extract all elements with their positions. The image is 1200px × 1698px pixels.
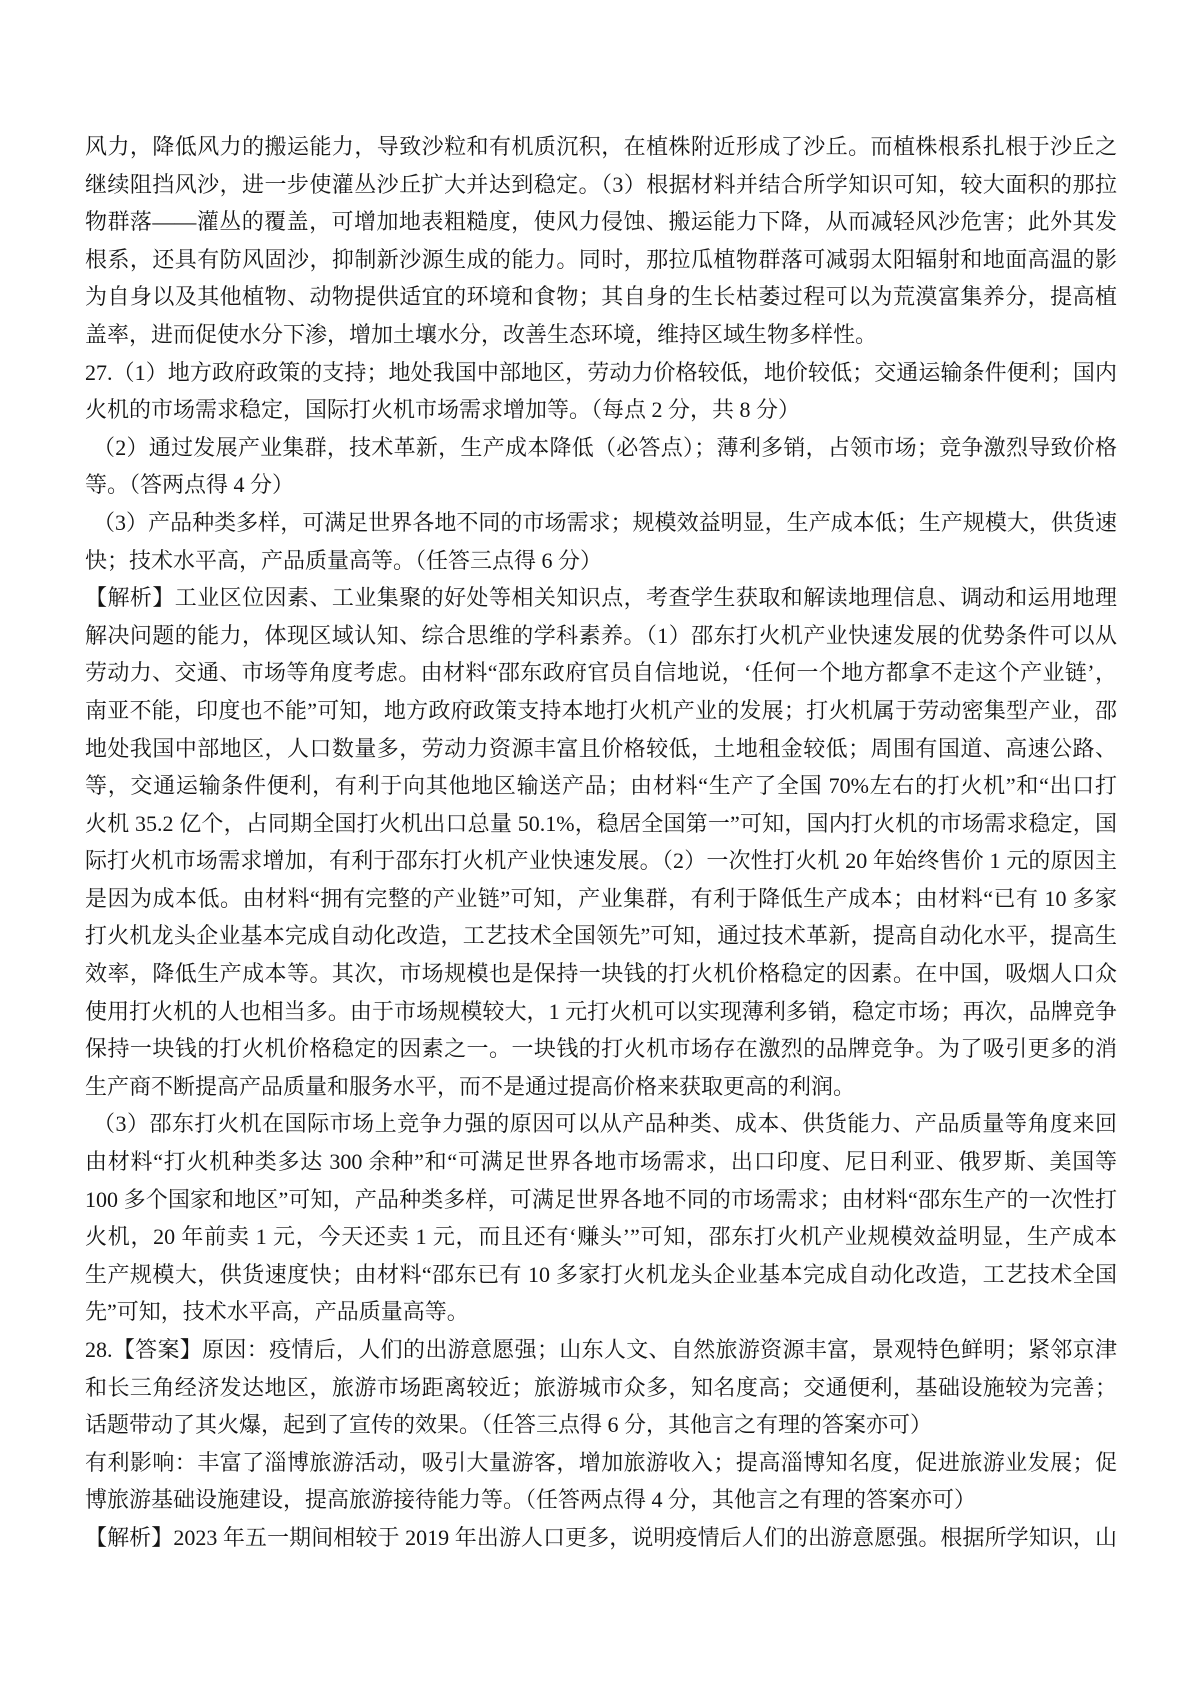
text-line: 是因为成本低。由材料“拥有完整的产业链”可知，产业集群，有利于降低生产成本；由材… xyxy=(85,880,1117,918)
text-line: 保持一块钱的打火机价格稳定的因素之一。一块钱的打火机市场存在激烈的品牌竞争。为了… xyxy=(85,1030,1117,1068)
text-line: 话题带动了其火爆，起到了宣传的效果。（任答三点得 6 分，其他言之有理的答案亦可… xyxy=(85,1406,1117,1444)
text-line: 解决问题的能力，体现区域认知、综合思维的学科素养。（1）邵东打火机产业快速发展的… xyxy=(85,617,1117,655)
text-line: 火机 35.2 亿个，占同期全国打火机出口总量 50.1%，稳居全国第一”可知，… xyxy=(85,805,1117,843)
text-line: （3）邵东打火机在国际市场上竞争力强的原因可以从产品种类、成本、供货能力、产品质… xyxy=(85,1105,1117,1143)
text-line: 【解析】2023 年五一期间相较于 2019 年出游人口更多，说明疫情后人们的出… xyxy=(85,1519,1117,1557)
text-line: 根系，还具有防风固沙，抑制新沙源生成的能力。同时，那拉瓜植物群落可减弱太阳辐射和… xyxy=(85,241,1117,279)
text-line: 火机，20 年前卖 1 元，今天还卖 1 元，而且还有‘赚头’”可知，邵东打火机… xyxy=(85,1218,1117,1256)
text-line: （3）产品种类多样，可满足世界各地不同的市场需求；规模效益明显，生产成本低；生产… xyxy=(85,504,1117,542)
text-line: 生产商不断提高产品质量和服务水平，而不是通过提高价格来获取更高的利润。 xyxy=(85,1068,1117,1106)
text-line: 生产规模大，供货速度快；由材料“邵东已有 10 多家打火机龙头企业基本完成自动化… xyxy=(85,1256,1117,1294)
text-line: 先”可知，技术水平高，产品质量高等。 xyxy=(85,1293,1117,1331)
text-line: 【解析】工业区位因素、工业集聚的好处等相关知识点，考查学生获取和解读地理信息、调… xyxy=(85,579,1117,617)
text-line: 物群落——灌丛的覆盖，可增加地表粗糙度，使风力侵蚀、搬运能力下降，从而减轻风沙危… xyxy=(85,203,1117,241)
text-line: 和长三角经济发达地区，旅游市场距离较近；旅游城市众多，知名度高；交通便利，基础设… xyxy=(85,1369,1117,1407)
text-line: 风力，降低风力的搬运能力，导致沙粒和有机质沉积，在植株附近形成了沙丘。而植株根系… xyxy=(85,128,1117,166)
text-line: 效率，降低生产成本等。其次，市场规模也是保持一块钱的打火机价格稳定的因素。在中国… xyxy=(85,955,1117,993)
text-line: 快；技术水平高，产品质量高等。（任答三点得 6 分） xyxy=(85,542,1117,580)
text-line: 打火机龙头企业基本完成自动化改造，工艺技术全国领先”可知，通过技术革新，提高自动… xyxy=(85,917,1117,955)
text-line: 等。（答两点得 4 分） xyxy=(85,466,1117,504)
text-line: 使用打火机的人也相当多。由于市场规模较大，1 元打火机可以实现薄利多销，稳定市场… xyxy=(85,993,1117,1031)
text-line: 100 多个国家和地区”可知，产品种类多样，可满足世界各地不同的市场需求；由材料… xyxy=(85,1181,1117,1219)
text-line: 由材料“打火机种类多达 300 余种”和“可满足世界各地市场需求，出口印度、尼日… xyxy=(85,1143,1117,1181)
text-line: 火机的市场需求稳定，国际打火机市场需求增加等。（每点 2 分，共 8 分） xyxy=(85,391,1117,429)
document-body: 风力，降低风力的搬运能力，导致沙粒和有机质沉积，在植株附近形成了沙丘。而植株根系… xyxy=(85,128,1117,1557)
document-page: 风力，降低风力的搬运能力，导致沙粒和有机质沉积，在植株附近形成了沙丘。而植株根系… xyxy=(0,0,1200,1698)
text-line: 劳动力、交通、市场等角度考虑。由材料“邵东政府官员自信地说，‘任何一个地方都拿不… xyxy=(85,654,1117,692)
text-line: 有利影响：丰富了淄博旅游活动，吸引大量游客，增加旅游收入；提高淄博知名度，促进旅… xyxy=(85,1444,1117,1482)
text-line: （2）通过发展产业集群，技术革新，生产成本降低（必答点）；薄利多销，占领市场；竞… xyxy=(85,429,1117,467)
text-line: 27.（1）地方政府政策的支持；地处我国中部地区，劳动力价格较低，地价较低；交通… xyxy=(85,354,1117,392)
text-line: 博旅游基础设施建设，提高旅游接待能力等。（任答两点得 4 分，其他言之有理的答案… xyxy=(85,1481,1117,1519)
text-line: 等，交通运输条件便利，有利于向其他地区输送产品；由材料“生产了全国 70%左右的… xyxy=(85,767,1117,805)
text-line: 继续阻挡风沙，进一步使灌丛沙丘扩大并达到稳定。（3）根据材料并结合所学知识可知，… xyxy=(85,166,1117,204)
text-line: 28.【答案】原因：疫情后，人们的出游意愿强；山东人文、自然旅游资源丰富，景观特… xyxy=(85,1331,1117,1369)
text-line: 际打火机市场需求增加，有利于邵东打火机产业快速发展。（2）一次性打火机 20 年… xyxy=(85,842,1117,880)
text-line: 盖率，进而促使水分下渗，增加土壤水分，改善生态环境，维持区域生物多样性。 xyxy=(85,316,1117,354)
text-line: 地处我国中部地区，人口数量多，劳动力资源丰富且价格较低，土地租金较低；周围有国道… xyxy=(85,730,1117,768)
text-line: 南亚不能，印度也不能”可知，地方政府政策支持本地打火机产业的发展；打火机属于劳动… xyxy=(85,692,1117,730)
text-line: 为自身以及其他植物、动物提供适宜的环境和食物；其自身的生长枯萎过程可以为荒漠富集… xyxy=(85,278,1117,316)
